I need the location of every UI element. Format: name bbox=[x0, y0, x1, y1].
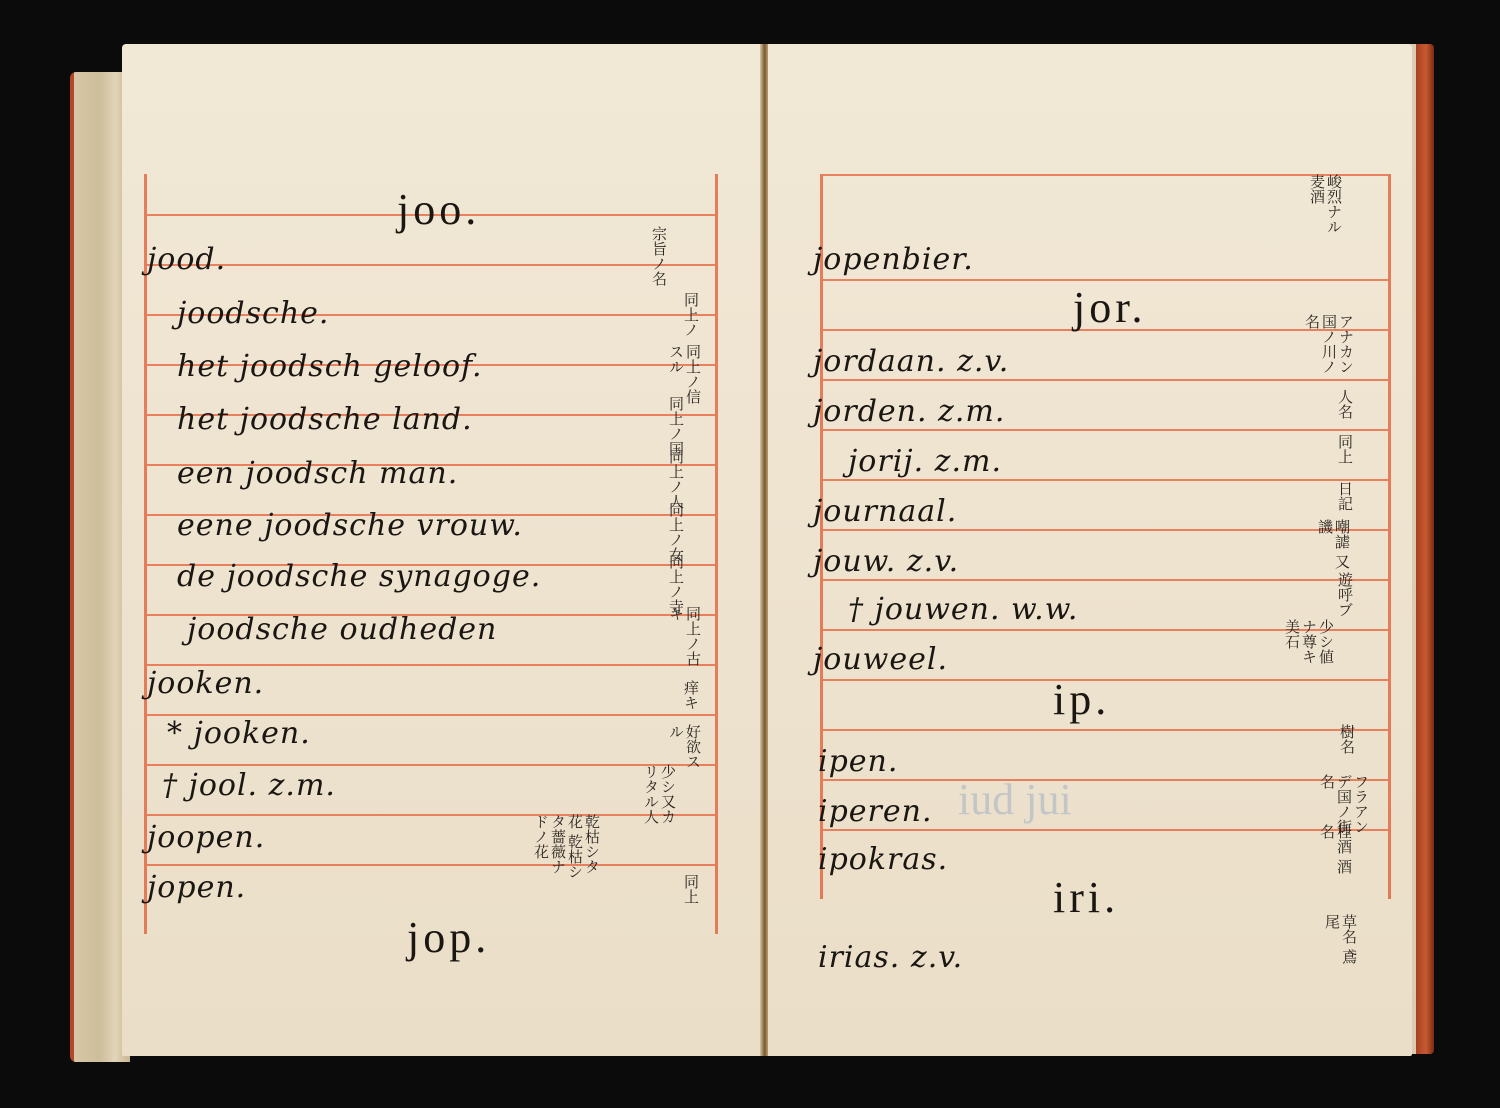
japanese-gloss: 少シ値ナ尊キ美石 bbox=[1283, 619, 1334, 669]
dictionary-entry: irias. z.v. bbox=[818, 940, 963, 975]
japanese-gloss: 宗旨ノ名 bbox=[650, 226, 667, 286]
dictionary-entry: de joodsche synagoge. bbox=[177, 559, 541, 594]
section-heading: ip. bbox=[1053, 674, 1110, 725]
dictionary-entry: joodsche. bbox=[177, 296, 329, 331]
japanese-gloss: 同上 bbox=[1336, 434, 1353, 464]
japanese-gloss: 峻烈ナル麦酒 bbox=[1308, 174, 1342, 234]
dictionary-entry: journaal. bbox=[813, 494, 957, 529]
section-heading: jop. bbox=[407, 912, 490, 963]
japanese-gloss: 樹名 bbox=[1338, 724, 1355, 754]
japanese-gloss: 日記 bbox=[1336, 481, 1353, 511]
dictionary-entry: het joodsche land. bbox=[177, 402, 473, 437]
japanese-gloss: 嘲謔 又譏 bbox=[1316, 519, 1350, 569]
dictionary-entry: jouw. z.v. bbox=[813, 544, 959, 579]
bleed-through-text: iud jui bbox=[958, 774, 1072, 825]
japanese-gloss: 痒キ bbox=[682, 680, 699, 710]
dictionary-entry: jouweel. bbox=[813, 642, 948, 677]
dictionary-entry: * jooken. bbox=[167, 716, 311, 751]
dictionary-entry: eene joodsche vrouw. bbox=[177, 508, 523, 543]
right-page: iud jui jopenbier. jor. jordaan. z.v. jo… bbox=[768, 44, 1412, 1056]
dictionary-entry: jopen. bbox=[147, 870, 246, 905]
japanese-gloss: 桂酒 酒名 bbox=[1318, 824, 1352, 884]
dictionary-entry: † jool. z.m. bbox=[162, 768, 336, 803]
dictionary-entry: jood. bbox=[147, 242, 226, 277]
dictionary-entry: het joodsch geloof. bbox=[177, 349, 483, 384]
dictionary-entry: jopenbier. bbox=[813, 242, 974, 277]
dictionary-entry: jorij. z.m. bbox=[848, 444, 1002, 479]
japanese-gloss: 人名 bbox=[1336, 389, 1353, 419]
section-heading: jor. bbox=[1073, 282, 1146, 333]
section-heading: joo. bbox=[397, 184, 480, 235]
dictionary-entry: jorden. z.m. bbox=[813, 394, 1005, 429]
dictionary-entry: jooken. bbox=[147, 666, 264, 701]
japanese-gloss: 乾枯シタ花 乾枯シタ薔薇ナドノ花 bbox=[532, 814, 600, 884]
japanese-gloss: 草名 鳶尾 bbox=[1323, 914, 1357, 974]
dictionary-entry: joodsche oudheden bbox=[187, 612, 497, 647]
dictionary-entry: joopen. bbox=[147, 820, 265, 855]
japanese-gloss: アナカン国ノ川ノ名 bbox=[1303, 314, 1354, 384]
japanese-gloss: 少シ又カリタル人 bbox=[642, 764, 676, 824]
dictionary-entry: ipokras. bbox=[818, 842, 948, 877]
section-heading: iri. bbox=[1053, 872, 1119, 923]
dictionary-entry: jordaan. z.v. bbox=[813, 344, 1009, 379]
dictionary-entry: iperen. bbox=[818, 794, 933, 829]
japanese-gloss: 遊呼ブ bbox=[1336, 572, 1353, 617]
dictionary-entry: ipen. bbox=[818, 744, 898, 779]
japanese-gloss: 同上ノ古キ bbox=[667, 606, 701, 676]
japanese-gloss: 同上ノ bbox=[682, 292, 699, 337]
book-page-edges-left bbox=[70, 72, 130, 1062]
japanese-gloss: 同上 bbox=[682, 874, 699, 904]
dictionary-entry: een joodsch man. bbox=[177, 456, 458, 491]
dictionary-entry: † jouwen. w.w. bbox=[848, 592, 1078, 627]
left-page: joo. jood. joodsche. het joodsch geloof.… bbox=[122, 44, 762, 1056]
